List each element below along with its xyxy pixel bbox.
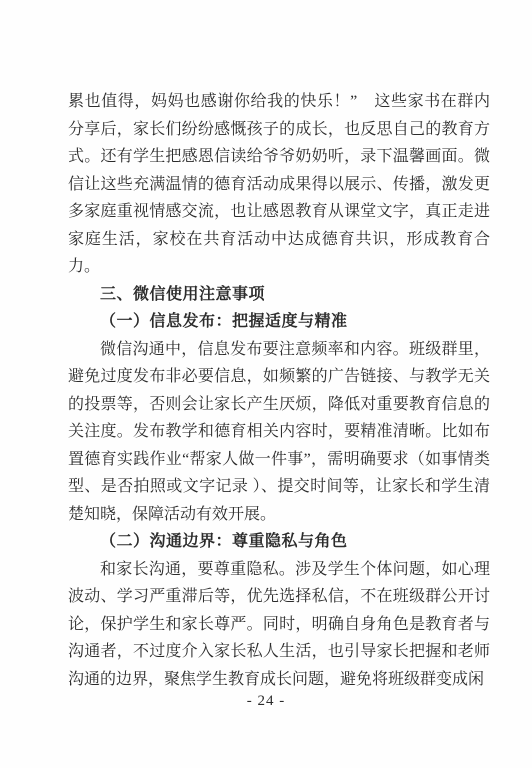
paragraph: 和家长沟通，要尊重隐私。涉及学生个体问题，如心理波动、学习严重滞后等，优先选择私… (68, 556, 490, 694)
subsection-heading-2: （二）沟通边界：尊重隐私与角色 (68, 528, 490, 556)
page-number: - 24 - (0, 692, 532, 710)
section-heading: 三、微信使用注意事项 (68, 281, 490, 309)
page-body: 累也值得，妈妈也感谢你给我的快乐！” 这些家书在群内分享后，家长们纷纷感慨孩子的… (68, 88, 490, 693)
subsection-heading-1: （一）信息发布：把握适度与精准 (68, 308, 490, 336)
document-page: 累也值得，妈妈也感谢你给我的快乐！” 这些家书在群内分享后，家长们纷纷感慨孩子的… (0, 0, 532, 768)
paragraph: 微信沟通中，信息发布要注意频率和内容。班级群里，避免过度发布非必要信息，如频繁的… (68, 336, 490, 529)
paragraph-continued: 累也值得，妈妈也感谢你给我的快乐！” 这些家书在群内分享后，家长们纷纷感慨孩子的… (68, 88, 490, 281)
